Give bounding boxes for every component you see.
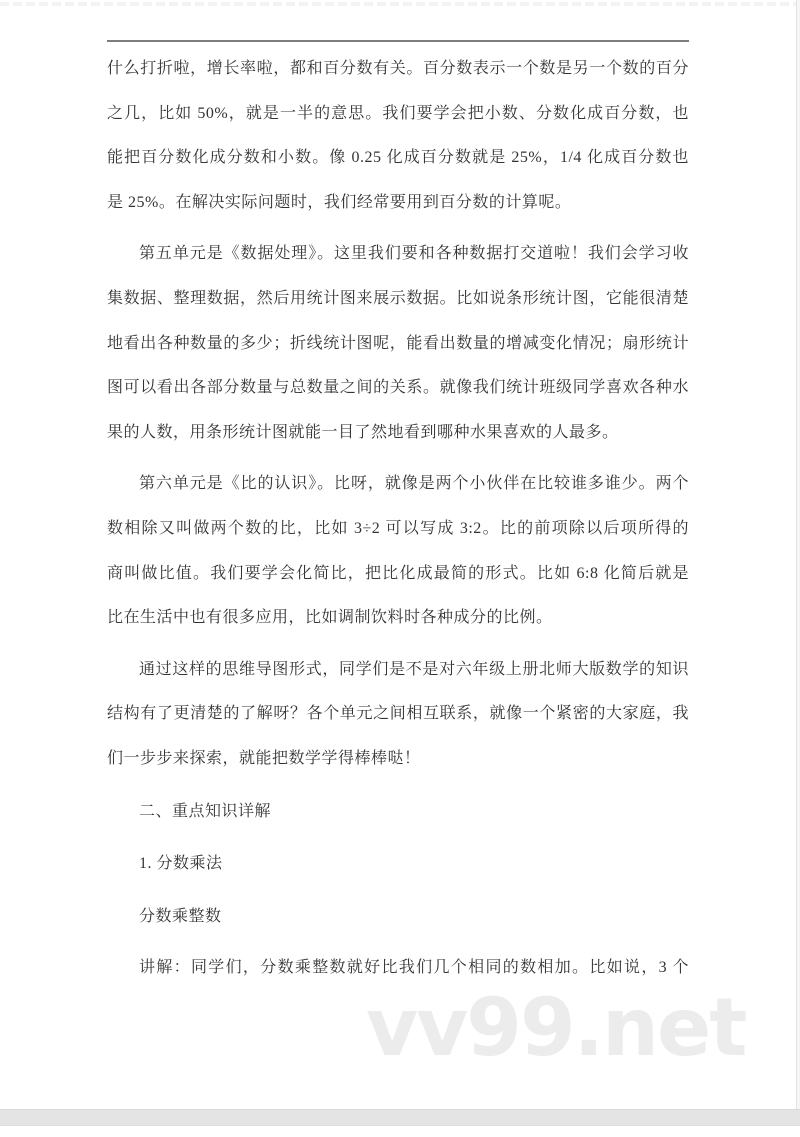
text-line: 比在生活中也有很多应用，比如调制饮料时各种成分的比例。	[107, 596, 689, 641]
text-line: 图可以看出各部分数量与总数量之间的关系。就像我们统计班级同学喜欢各种水	[107, 366, 689, 411]
text-line: 结构有了更清楚的了解呀？各个单元之间相互联系，就像一个紧密的大家庭，我	[107, 692, 689, 737]
page-break-band	[0, 1109, 800, 1126]
paragraph: 第五单元是《数据处理》。这里我们要和各种数据打交道啦！我们会学习收集数据、整理数…	[107, 232, 689, 455]
section-heading: 1. 分数乘法	[107, 842, 689, 887]
text-line: 分数乘整数	[107, 895, 689, 940]
text-line: 第五单元是《数据处理》。这里我们要和各种数据打交道啦！我们会学习收	[107, 232, 689, 277]
text-line: 果的人数，用条形统计图就能一目了然地看到哪种水果喜欢的人最多。	[107, 411, 689, 456]
paragraph: 通过这样的思维导图形式，同学们是不是对六年级上册北师大版数学的知识结构有了更清楚…	[107, 648, 689, 782]
paragraph: 什么打折啦，增长率啦，都和百分数有关。百分数表示一个数是另一个数的百分之几，比如…	[107, 47, 689, 225]
document-body: 什么打折啦，增长率啦，都和百分数有关。百分数表示一个数是另一个数的百分之几，比如…	[107, 47, 689, 998]
text-line: 地看出各种数量的多少；折线统计图呢，能看出数量的增减变化情况；扇形统计	[107, 322, 689, 367]
text-line: 商叫做比值。我们要学会化简比，把比化成最简的形式。比如 6:8 化简后就是 3:…	[107, 552, 689, 597]
watermark: vv99.net	[366, 988, 745, 1068]
header-divider	[107, 40, 689, 42]
section-heading: 分数乘整数	[107, 895, 689, 940]
text-line: 二、重点知识详解	[107, 790, 689, 835]
page-right-edge	[796, 0, 800, 1109]
document-page: 什么打折啦，增长率啦，都和百分数有关。百分数表示一个数是另一个数的百分之几，比如…	[0, 0, 800, 1137]
text-line: 能把百分数化成分数和小数。像 0.25 化成百分数就是 25%，1/4 化成百分…	[107, 136, 689, 181]
page-top-edge	[0, 2, 800, 6]
text-line: 们一步步来探索，就能把数学学得棒棒哒！	[107, 737, 689, 782]
paragraph: 第六单元是《比的认识》。比呀，就像是两个小伙伴在比较谁多谁少。两个数相除又叫做两…	[107, 462, 689, 640]
section-heading: 二、重点知识详解	[107, 790, 689, 835]
text-line: 什么打折啦，增长率啦，都和百分数有关。百分数表示一个数是另一个数的百分	[107, 47, 689, 92]
text-line: 通过这样的思维导图形式，同学们是不是对六年级上册北师大版数学的知识	[107, 648, 689, 693]
text-line: 数相除又叫做两个数的比，比如 3÷2 可以写成 3:2。比的前项除以后项所得的	[107, 507, 689, 552]
text-line: 之几，比如 50%，就是一半的意思。我们要学会把小数、分数化成百分数，也	[107, 92, 689, 137]
text-line: 是 25%。在解决实际问题时，我们经常要用到百分数的计算呢。	[107, 181, 689, 226]
text-line: 1. 分数乘法	[107, 842, 689, 887]
text-line: 第六单元是《比的认识》。比呀，就像是两个小伙伴在比较谁多谁少。两个	[107, 462, 689, 507]
text-line: 集数据、整理数据，然后用统计图来展示数据。比如说条形统计图，它能很清楚	[107, 277, 689, 322]
